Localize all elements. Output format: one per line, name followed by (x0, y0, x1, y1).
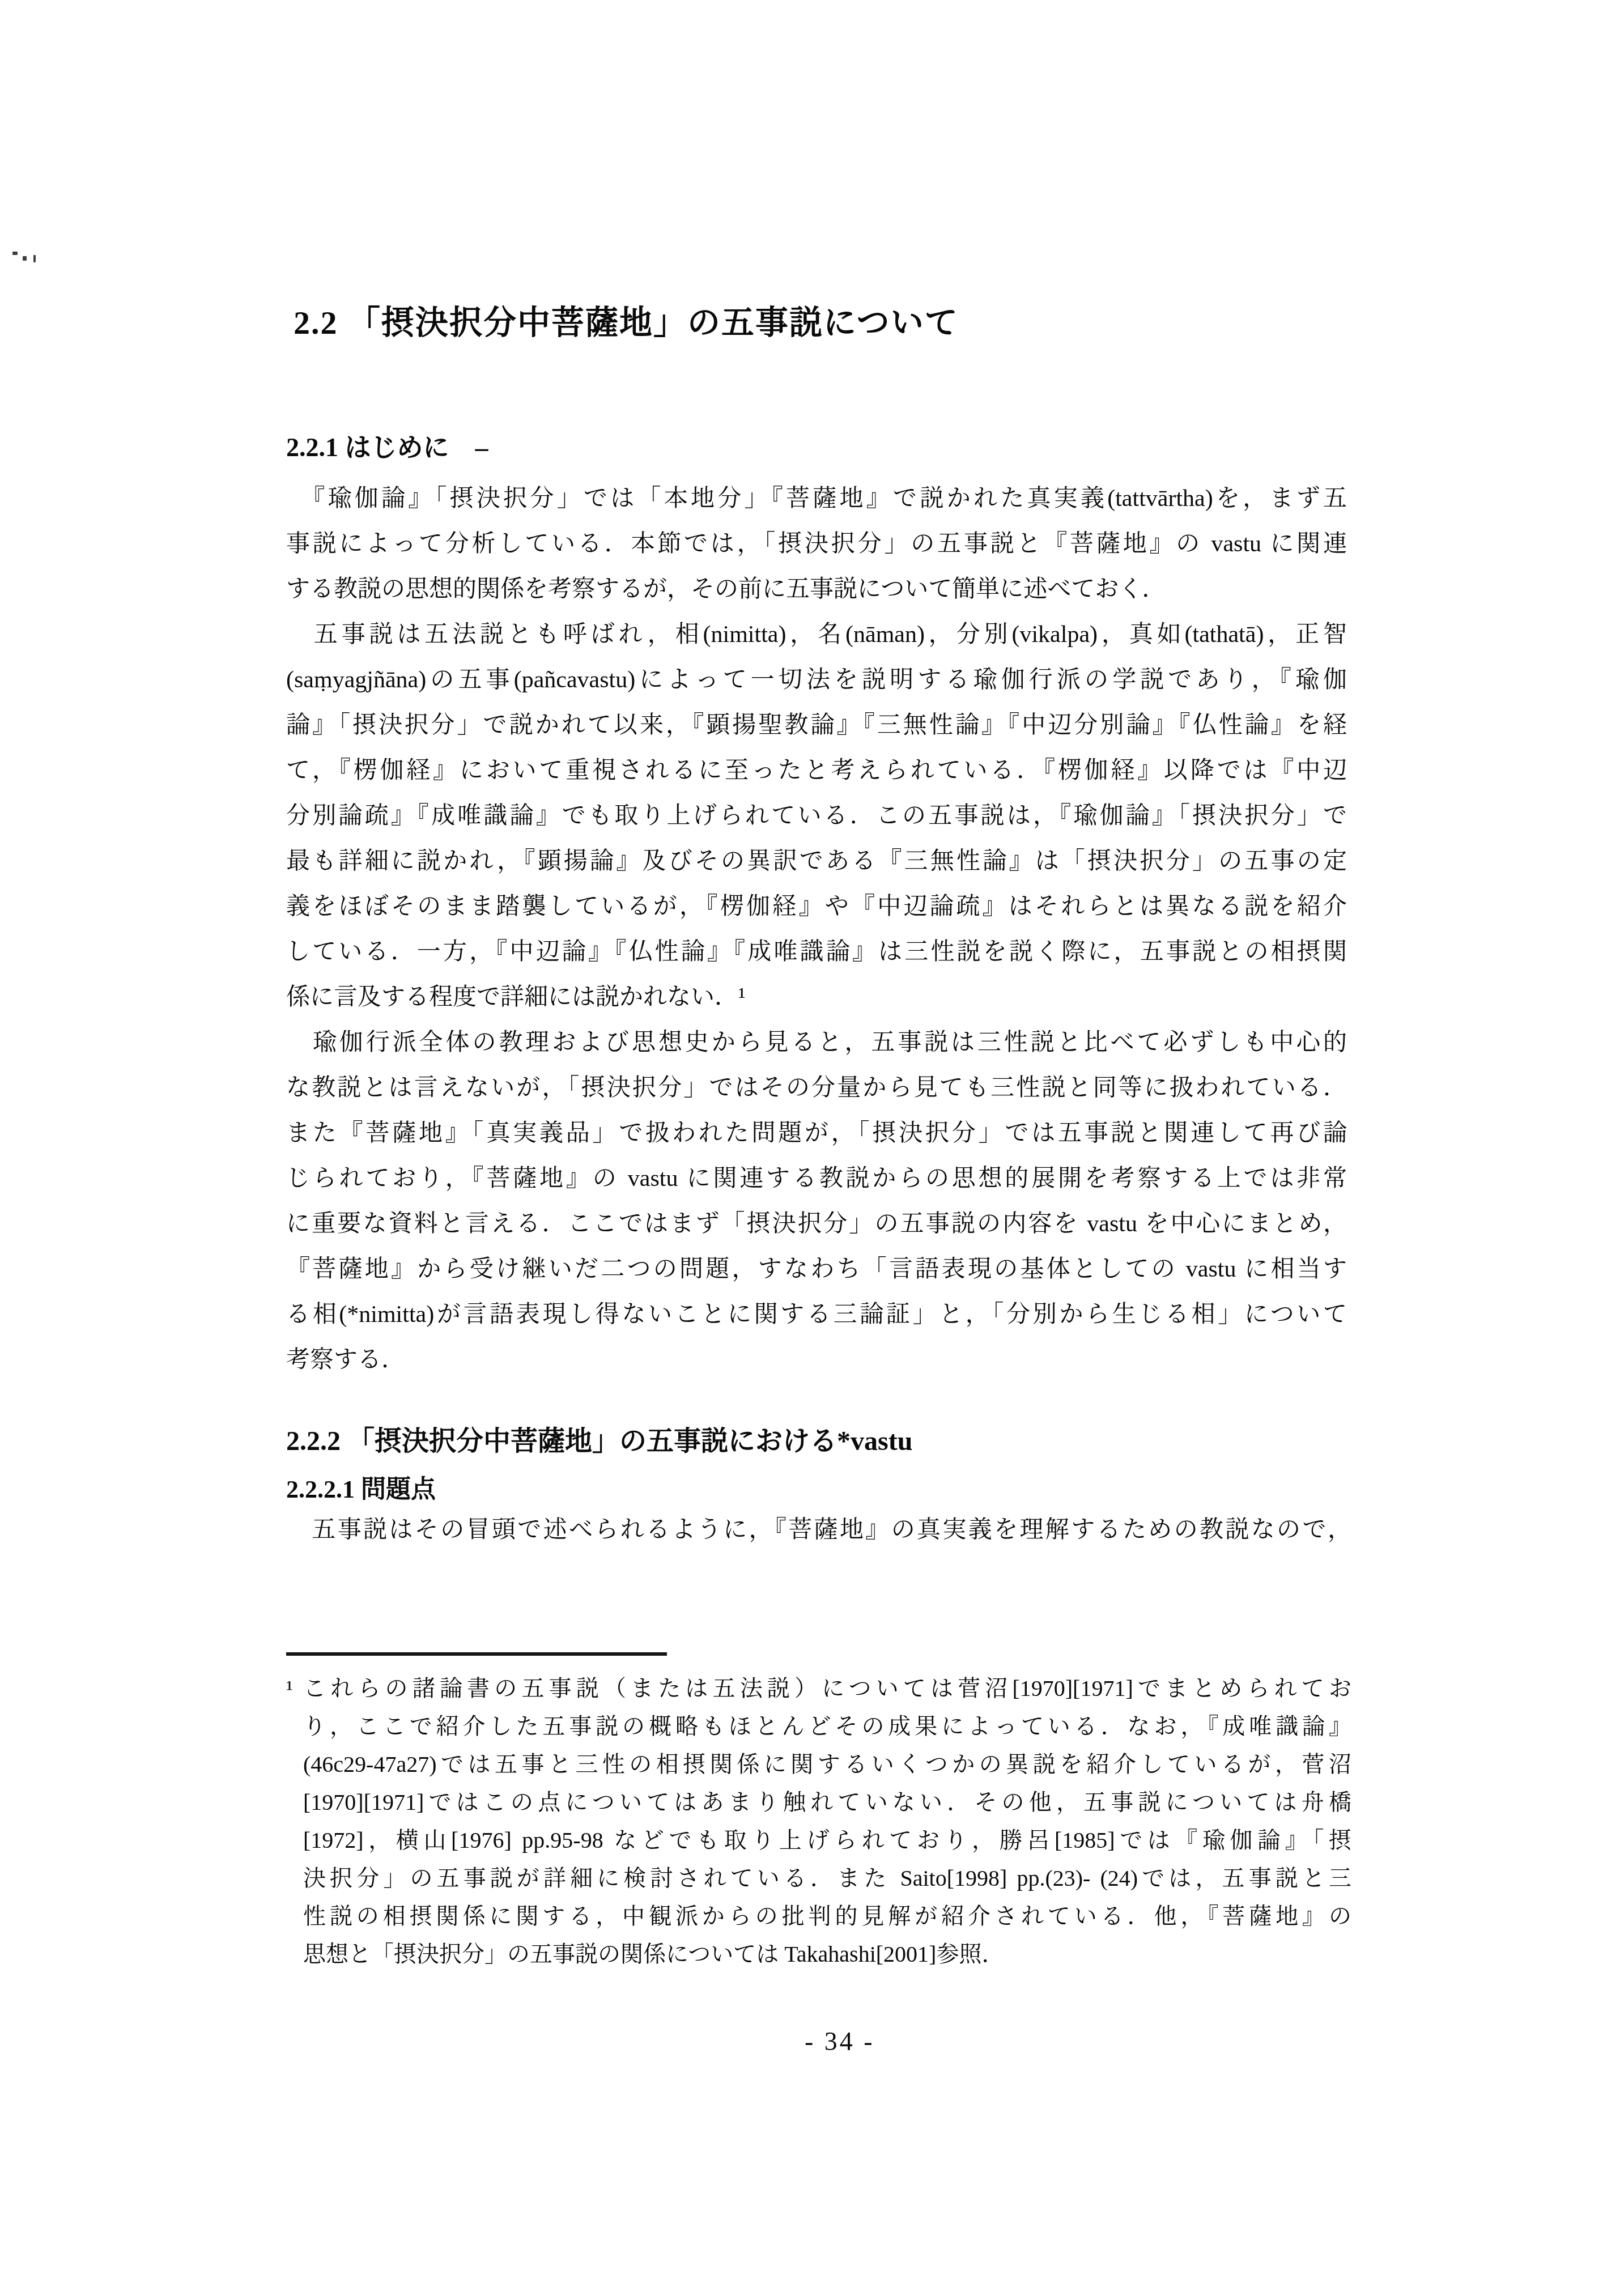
heading-2-2-1: 2.2.1 はじめに – (286, 433, 488, 463)
text-line: 『菩薩地』から受け継いだ二つの問題，すなわち「言語表現の基体としての vastu… (286, 1247, 1347, 1292)
text-line: (saṃyagjñāna)の五事(pañcavastu)によって一切法を説明する… (286, 657, 1347, 703)
text-line: 最も詳細に説かれ，『顕揚論』及びその異訳である『三無性論』は「摂決択分」の五事の… (286, 839, 1347, 884)
text-line: 五事説は五法説とも呼ばれ，相(nimitta)，名(nāman)，分別(vika… (286, 612, 1347, 657)
text-line: て，『楞伽経』において重視されるに至ったと考えられている．『楞伽経』以降では『中… (286, 748, 1347, 793)
text-line: 『瑜伽論』「摂決択分」では「本地分」『菩薩地』で説かれた真実義(tattvārt… (286, 476, 1347, 521)
page: 2.2 「摂決択分中菩薩地」の五事説について 2.2.1 はじめに – 『瑜伽論… (0, 0, 1624, 2296)
footnote-line: 性説の相摂関係に関する，中観派からの批判的見解が紹介されている．他，『菩薩地』の (286, 1897, 1351, 1935)
footnote-line: (46c29-47a27)では五事と三性の相摂関係に関するいくつかの異説を紹介し… (286, 1745, 1351, 1783)
text-line: に重要な資料と言える．ここではまず「摂決択分」の五事説の内容を vastu を中… (286, 1201, 1347, 1247)
page-number: - 34 - (805, 2027, 875, 2056)
paragraph-1: 『瑜伽論』「摂決択分」では「本地分」『菩薩地』で説かれた真実義(tattvārt… (286, 476, 1347, 612)
text-line: 五事説はその冒頭で述べられるように，『菩薩地』の真実義を理解するための教説なので… (286, 1507, 1351, 1553)
text-line: する教説の思想的関係を考察するが，その前に五事説について簡単に述べておく． (286, 567, 1347, 612)
footnote-line: り，ここで紹介した五事説の概略もほとんどその成果によっている．なお，『成唯識論』 (286, 1707, 1351, 1745)
body-text: 『瑜伽論』「摂決択分」では「本地分」『菩薩地』で説かれた真実義(tattvārt… (286, 476, 1347, 1383)
scan-speck (23, 256, 27, 261)
scan-speck (12, 252, 18, 255)
section-title: 2.2 「摂決択分中菩薩地」の五事説について (294, 305, 959, 341)
text-line: 分別論疏』『成唯識論』でも取り上げられている．この五事説は，『瑜伽論』「摂決択分… (286, 793, 1347, 839)
text-line: 考察する． (286, 1337, 1347, 1383)
text-line: る相(*nimitta)が言語表現し得ないことに関する三論証」と，「分別から生じ… (286, 1292, 1347, 1337)
text-line: 事説によって分析している．本節では，「摂決択分」の五事説と『菩薩地』の vast… (286, 521, 1347, 567)
footnote-separator (286, 1652, 667, 1656)
footnote-line: 思想と「摂決択分」の五事説の関係については Takahashi[2001]参照． (286, 1935, 1351, 1973)
scan-speck (33, 255, 36, 262)
text-line: また『菩薩地』「真実義品」で扱われた問題が，「摂決択分」では五事説と関連して再び… (286, 1111, 1347, 1156)
footnote-line: ¹ これらの諸論書の五事説（または五法説）については菅沼[1970][1971]… (286, 1669, 1351, 1707)
text-line: 係に言及する程度で詳細には説かれない．¹ (286, 975, 1347, 1020)
paragraph-2: 五事説は五法説とも呼ばれ，相(nimitta)，名(nāman)，分別(vika… (286, 612, 1347, 1020)
text-line: 瑜伽行派全体の教理および思想史から見ると，五事説は三性説と比べて必ずしも中心的 (286, 1020, 1347, 1065)
footnote: ¹ これらの諸論書の五事説（または五法説）については菅沼[1970][1971]… (286, 1669, 1351, 1973)
paragraph-3: 瑜伽行派全体の教理および思想史から見ると，五事説は三性説と比べて必ずしも中心的な… (286, 1020, 1347, 1383)
paragraph-4: 五事説はその冒頭で述べられるように，『菩薩地』の真実義を理解するための教説なので… (286, 1507, 1351, 1553)
footnote-line: [1972]，横山[1976] pp.95-98 などでも取り上げられており，勝… (286, 1821, 1351, 1859)
footnote-line: [1970][1971]ではこの点についてはあまり触れていない．その他，五事説に… (286, 1783, 1351, 1821)
text-line: 論』「摂決択分」で説かれて以来，『顕揚聖教論』『三無性論』『中辺分別論』『仏性論… (286, 703, 1347, 748)
text-line: じられており，『菩薩地』の vastu に関連する教説からの思想的展開を考察する… (286, 1156, 1347, 1201)
footnote-line: 決択分」の五事説が詳細に検討されている．また Saito[1998] pp.(2… (286, 1859, 1351, 1897)
text-line: している．一方，『中辺論』『仏性論』『成唯識論』は三性説を説く際に，五事説との相… (286, 929, 1347, 975)
text-line: 義をほぼそのまま踏襲しているが，『楞伽経』や『中辺論疏』はそれらとは異なる説を紹… (286, 884, 1347, 929)
heading-2-2-2: 2.2.2 「摂決択分中菩薩地」の五事説における*vastu (286, 1426, 912, 1457)
heading-2-2-2-1: 2.2.2.1 問題点 (286, 1476, 436, 1504)
text-line: な教説とは言えないが，「摂決択分」ではその分量から見ても三性説と同等に扱われてい… (286, 1065, 1347, 1111)
